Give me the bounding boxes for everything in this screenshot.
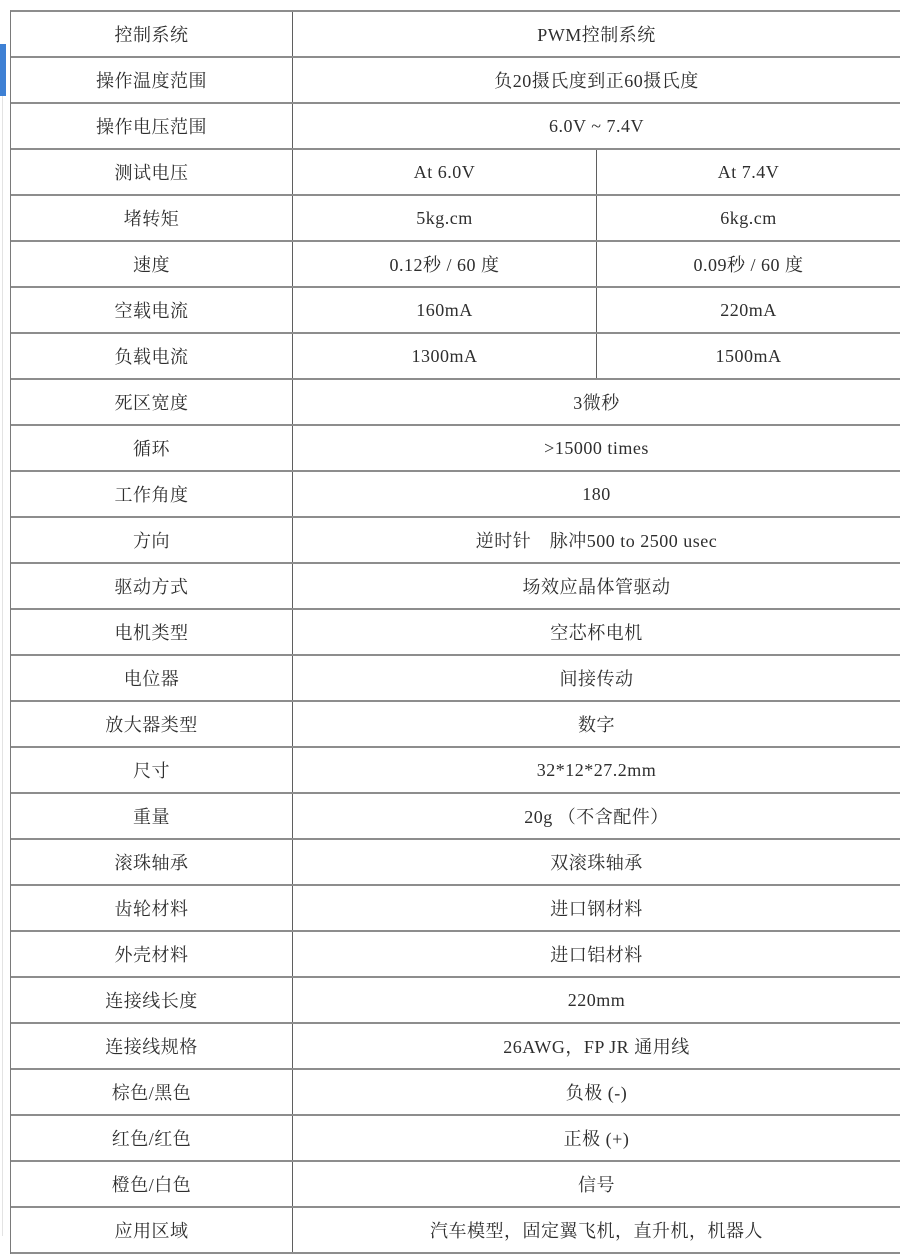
spec-label: 外壳材料: [11, 932, 293, 976]
spec-values: 180: [293, 472, 900, 516]
spec-values: 负极 (-): [293, 1070, 900, 1114]
spec-values: 220mm: [293, 978, 900, 1022]
spec-value: 负20摄氏度到正60摄氏度: [293, 58, 900, 102]
table-row: 电机类型 空芯杯电机: [11, 610, 900, 656]
table-row: 棕色/黑色 负极 (-): [11, 1070, 900, 1116]
spec-label: 放大器类型: [11, 702, 293, 746]
spec-value: At 7.4V: [596, 150, 900, 194]
table-row: 测试电压 At 6.0VAt 7.4V: [11, 150, 900, 196]
spec-label: 连接线规格: [11, 1024, 293, 1068]
spec-value: 6kg.cm: [596, 196, 900, 240]
spec-value: 180: [293, 472, 900, 516]
spec-values: 3微秒: [293, 380, 900, 424]
table-row: 尺寸 32*12*27.2mm: [11, 748, 900, 794]
spec-values: 信号: [293, 1162, 900, 1206]
spec-value: 汽车模型，固定翼飞机，直升机，机器人: [293, 1208, 900, 1252]
spec-value: 1500mA: [596, 334, 900, 378]
spec-label: 连接线长度: [11, 978, 293, 1022]
spec-label: 齿轮材料: [11, 886, 293, 930]
spec-values: 双滚珠轴承: [293, 840, 900, 884]
table-row: 齿轮材料 进口钢材料: [11, 886, 900, 932]
table-row: 电位器 间接传动: [11, 656, 900, 702]
spec-values: 1300mA1500mA: [293, 334, 900, 378]
spec-values: 160mA220mA: [293, 288, 900, 332]
spec-value: 场效应晶体管驱动: [293, 564, 900, 608]
spec-label: 死区宽度: [11, 380, 293, 424]
spec-values: 0.12秒 / 60 度0.09秒 / 60 度: [293, 242, 900, 286]
table-row: 操作电压范围 6.0V ~ 7.4V: [11, 104, 900, 150]
spec-label: 应用区域: [11, 1208, 293, 1252]
spec-values: At 6.0VAt 7.4V: [293, 150, 900, 194]
spec-label: 驱动方式: [11, 564, 293, 608]
table-row: 红色/红色 正极 (+): [11, 1116, 900, 1162]
spec-value: PWM控制系统: [293, 12, 900, 56]
table-row: 循环 >15000 times: [11, 426, 900, 472]
table-row: 连接线长度 220mm: [11, 978, 900, 1024]
spec-label: 负载电流: [11, 334, 293, 378]
spec-value: 双滚珠轴承: [293, 840, 900, 884]
spec-value: 数字: [293, 702, 900, 746]
table-row: 放大器类型 数字: [11, 702, 900, 748]
spec-values: PWM控制系统: [293, 12, 900, 56]
spec-value: 进口铝材料: [293, 932, 900, 976]
spec-value: 间接传动: [293, 656, 900, 700]
spec-label: 操作电压范围: [11, 104, 293, 148]
table-row: 重量 20g （不含配件）: [11, 794, 900, 840]
spec-label: 电位器: [11, 656, 293, 700]
spec-value: 160mA: [293, 288, 596, 332]
table-row: 操作温度范围 负20摄氏度到正60摄氏度: [11, 58, 900, 104]
spec-value: 信号: [293, 1162, 900, 1206]
table-row: 滚珠轴承 双滚珠轴承: [11, 840, 900, 886]
scrollbar-thumb[interactable]: [0, 44, 6, 96]
spec-value: 1300mA: [293, 334, 596, 378]
table-row: 驱动方式 场效应晶体管驱动: [11, 564, 900, 610]
spec-value: 正极 (+): [293, 1116, 900, 1160]
spec-value: 32*12*27.2mm: [293, 748, 900, 792]
spec-value: 6.0V ~ 7.4V: [293, 104, 900, 148]
spec-values: 6.0V ~ 7.4V: [293, 104, 900, 148]
spec-value: 空芯杯电机: [293, 610, 900, 654]
table-row: 方向 逆时针 脉冲500 to 2500 usec: [11, 518, 900, 564]
left-edge-divider: [2, 96, 3, 1236]
spec-value: 进口钢材料: [293, 886, 900, 930]
table-row: 应用区域 汽车模型，固定翼飞机，直升机，机器人: [11, 1208, 900, 1254]
spec-values: 场效应晶体管驱动: [293, 564, 900, 608]
table-row: 死区宽度 3微秒: [11, 380, 900, 426]
spec-table: 控制系统 PWM控制系统 操作温度范围 负20摄氏度到正60摄氏度 操作电压范围…: [10, 10, 900, 1254]
table-row: 工作角度 180: [11, 472, 900, 518]
spec-label: 电机类型: [11, 610, 293, 654]
spec-values: 负20摄氏度到正60摄氏度: [293, 58, 900, 102]
spec-label: 速度: [11, 242, 293, 286]
page: 控制系统 PWM控制系统 操作温度范围 负20摄氏度到正60摄氏度 操作电压范围…: [0, 0, 900, 1260]
spec-values: 20g （不含配件）: [293, 794, 900, 838]
table-row: 空载电流 160mA220mA: [11, 288, 900, 334]
spec-value: 0.09秒 / 60 度: [596, 242, 900, 286]
spec-label: 红色/红色: [11, 1116, 293, 1160]
table-row: 负载电流 1300mA1500mA: [11, 334, 900, 380]
spec-label: 控制系统: [11, 12, 293, 56]
table-row: 堵转矩 5kg.cm6kg.cm: [11, 196, 900, 242]
spec-label: 循环: [11, 426, 293, 470]
spec-values: 26AWG，FP JR 通用线: [293, 1024, 900, 1068]
spec-values: 空芯杯电机: [293, 610, 900, 654]
table-row: 控制系统 PWM控制系统: [11, 12, 900, 58]
spec-value: 20g （不含配件）: [293, 794, 900, 838]
spec-label: 棕色/黑色: [11, 1070, 293, 1114]
spec-label: 重量: [11, 794, 293, 838]
spec-values: 逆时针 脉冲500 to 2500 usec: [293, 518, 900, 562]
spec-value: 负极 (-): [293, 1070, 900, 1114]
spec-label: 方向: [11, 518, 293, 562]
spec-value: 逆时针 脉冲500 to 2500 usec: [293, 518, 900, 562]
spec-values: 32*12*27.2mm: [293, 748, 900, 792]
spec-label: 橙色/白色: [11, 1162, 293, 1206]
spec-values: 汽车模型，固定翼飞机，直升机，机器人: [293, 1208, 900, 1252]
spec-values: 进口铝材料: [293, 932, 900, 976]
spec-label: 空载电流: [11, 288, 293, 332]
spec-label: 测试电压: [11, 150, 293, 194]
spec-value: 220mm: [293, 978, 900, 1022]
spec-value: 5kg.cm: [293, 196, 596, 240]
spec-values: 5kg.cm6kg.cm: [293, 196, 900, 240]
spec-value: 0.12秒 / 60 度: [293, 242, 596, 286]
spec-label: 滚珠轴承: [11, 840, 293, 884]
spec-values: >15000 times: [293, 426, 900, 470]
spec-value: At 6.0V: [293, 150, 596, 194]
spec-value: 3微秒: [293, 380, 900, 424]
table-row: 连接线规格 26AWG，FP JR 通用线: [11, 1024, 900, 1070]
spec-value: 220mA: [596, 288, 900, 332]
spec-label: 操作温度范围: [11, 58, 293, 102]
spec-label: 尺寸: [11, 748, 293, 792]
spec-value: 26AWG，FP JR 通用线: [293, 1024, 900, 1068]
spec-values: 正极 (+): [293, 1116, 900, 1160]
spec-values: 进口钢材料: [293, 886, 900, 930]
table-row: 外壳材料 进口铝材料: [11, 932, 900, 978]
spec-label: 堵转矩: [11, 196, 293, 240]
table-row: 速度 0.12秒 / 60 度0.09秒 / 60 度: [11, 242, 900, 288]
spec-values: 间接传动: [293, 656, 900, 700]
spec-value: >15000 times: [293, 426, 900, 470]
spec-values: 数字: [293, 702, 900, 746]
table-row: 橙色/白色 信号: [11, 1162, 900, 1208]
spec-label: 工作角度: [11, 472, 293, 516]
